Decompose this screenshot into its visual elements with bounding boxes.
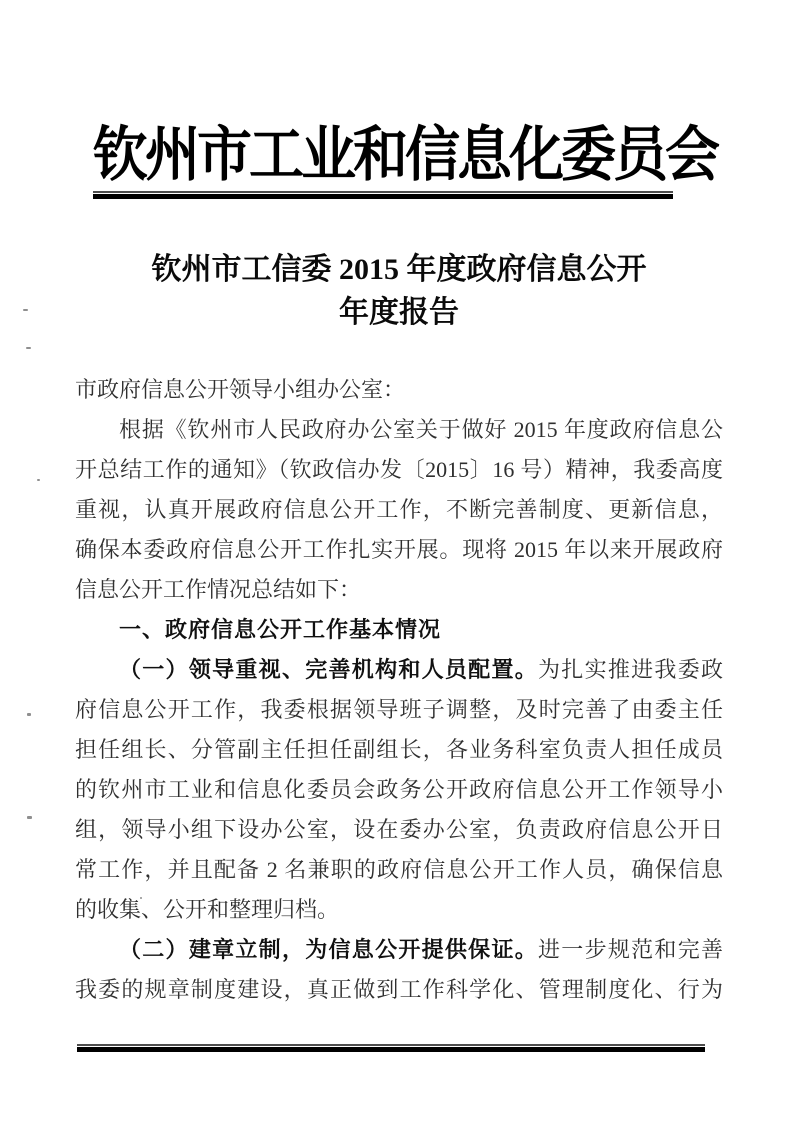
- body-line: 信息公开工作情况总结如下：: [75, 570, 723, 610]
- body-line: 市政府信息公开领导小组办公室：: [75, 370, 723, 410]
- body-text: 的钦州市工业和信息化委员会政务公开政府信息公开工作领导小: [75, 777, 723, 802]
- body-text: 的收集、公开和整理归档。: [75, 897, 339, 922]
- body-line: 府信息公开工作，我委根据领导班子调整，及时完善了由委主任: [75, 690, 723, 730]
- scan-speck: [27, 713, 31, 716]
- body-text: 重视，认真开展政府信息公开工作，不断完善制度、更新信息，: [75, 497, 723, 522]
- body-line: 的钦州市工业和信息化委员会政务公开政府信息公开工作领导小: [75, 770, 723, 810]
- report-body: 市政府信息公开领导小组办公室：根据《钦州市人民政府办公室关于做好 2015 年度…: [75, 370, 723, 1010]
- body-line: 的收集、公开和整理归档。: [75, 890, 723, 930]
- footer-rule-thin: [77, 1044, 705, 1046]
- scan-speck: [26, 347, 31, 349]
- scan-speck: [140, 897, 142, 899]
- body-line: 开总结工作的通知》（钦政信办发〔2015〕16 号）精神，我委高度: [75, 450, 723, 490]
- body-line: 一、政府信息公开工作基本情况: [75, 610, 723, 650]
- body-text: 根据《钦州市人民政府办公室关于做好 2015 年度政府信息公: [119, 417, 723, 442]
- scan-speck: [27, 816, 32, 819]
- scan-speck: [37, 479, 40, 481]
- body-line: 确保本委政府信息公开工作扎实开展。现将 2015 年以来开展政府: [75, 530, 723, 570]
- body-line: 重视，认真开展政府信息公开工作，不断完善制度、更新信息，: [75, 490, 723, 530]
- report-title-line1: 钦州市工信委 2015 年度政府信息公开: [75, 248, 723, 291]
- body-text: 市政府信息公开领导小组办公室：: [75, 377, 405, 402]
- body-text-bold: （一）领导重视、完善机构和人员配置。: [119, 657, 538, 682]
- footer-rule: [77, 1044, 705, 1052]
- body-text: 信息公开工作情况总结如下：: [75, 577, 361, 602]
- letterhead-rule: [93, 191, 673, 199]
- footer-rule-thick: [77, 1047, 705, 1052]
- body-text: 组，领导小组下设办公室，设在委办公室，负责政府信息公开日: [75, 817, 723, 842]
- body-text-bold: 一、政府信息公开工作基本情况: [119, 617, 441, 642]
- body-line: 根据《钦州市人民政府办公室关于做好 2015 年度政府信息公: [75, 410, 723, 450]
- body-line: （二）建章立制，为信息公开提供保证。进一步规范和完善: [75, 930, 723, 970]
- document-page: 钦州市工业和信息化委员会 钦州市工信委 2015 年度政府信息公开 年度报告 市…: [0, 0, 793, 1123]
- letterhead-org-name: 钦州市工业和信息化委员会: [93, 121, 673, 190]
- letterhead-rule-thick: [93, 194, 673, 199]
- body-text: 进一步规范和完善: [538, 937, 723, 962]
- body-text: 常工作，并且配备 2 名兼职的政府信息公开工作人员，确保信息: [75, 857, 723, 882]
- body-text: 开总结工作的通知》（钦政信办发〔2015〕16 号）精神，我委高度: [75, 457, 723, 482]
- body-line: 组，领导小组下设办公室，设在委办公室，负责政府信息公开日: [75, 810, 723, 850]
- body-line: 担任组长、分管副主任担任副组长，各业务科室负责人担任成员: [75, 730, 723, 770]
- body-text: 担任组长、分管副主任担任副组长，各业务科室负责人担任成员: [75, 737, 723, 762]
- body-text-bold: （二）建章立制，为信息公开提供保证。: [119, 937, 538, 962]
- body-line: 我委的规章制度建设，真正做到工作科学化、管理制度化、行为: [75, 970, 723, 1010]
- scan-speck: [23, 309, 28, 311]
- body-text: 确保本委政府信息公开工作扎实开展。现将 2015 年以来开展政府: [75, 537, 723, 562]
- body-text: 为扎实推进我委政: [538, 657, 723, 682]
- report-title: 钦州市工信委 2015 年度政府信息公开 年度报告: [75, 248, 723, 334]
- body-text: 我委的规章制度建设，真正做到工作科学化、管理制度化、行为: [75, 977, 723, 1002]
- body-line: 常工作，并且配备 2 名兼职的政府信息公开工作人员，确保信息: [75, 850, 723, 890]
- body-text: 府信息公开工作，我委根据领导班子调整，及时完善了由委主任: [75, 697, 723, 722]
- body-line: （一）领导重视、完善机构和人员配置。为扎实推进我委政: [75, 650, 723, 690]
- letterhead-rule-thin: [93, 191, 673, 193]
- report-title-line2: 年度报告: [75, 291, 723, 334]
